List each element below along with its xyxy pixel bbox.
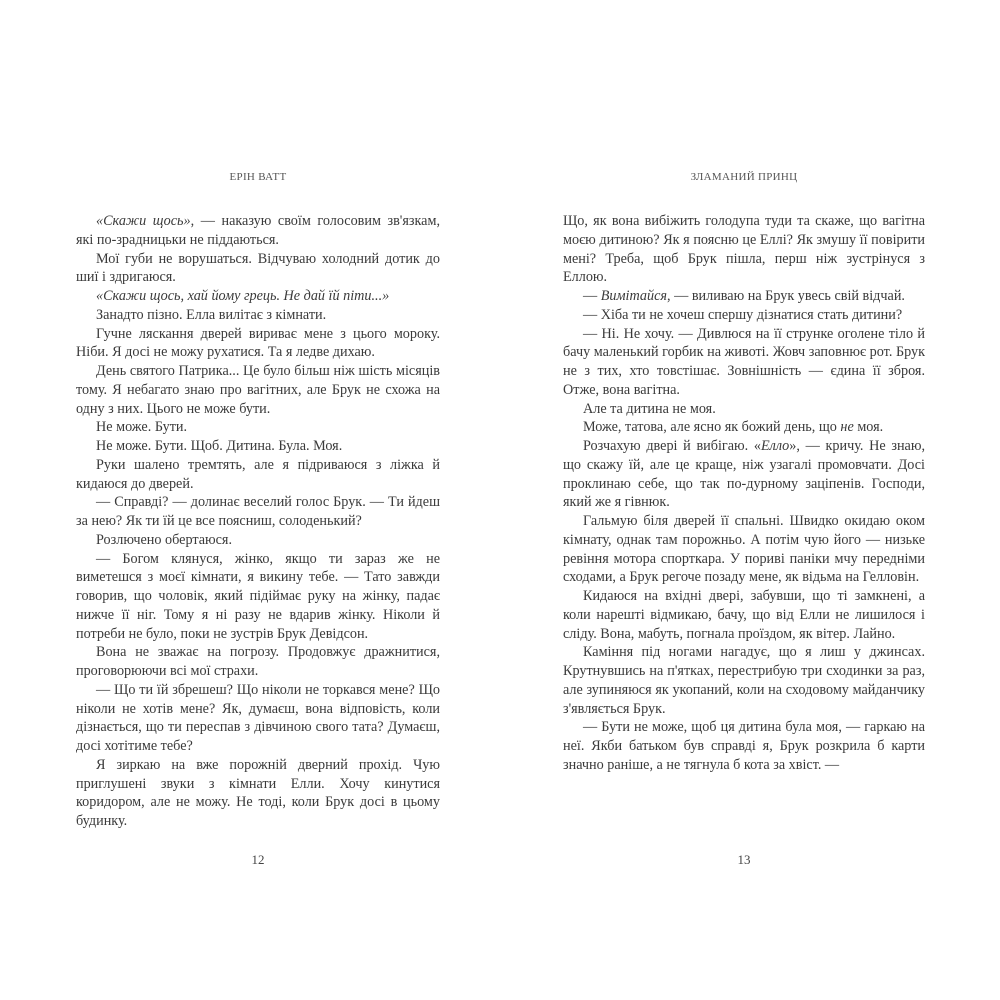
paragraph: Гальмую біля дверей її спальні. Швидко о… xyxy=(563,512,925,587)
paragraph: Розчахую двері й вибігаю. «Елло», — крич… xyxy=(563,437,925,512)
paragraph: «Скажи щось», — наказую своїм голосовим … xyxy=(76,212,440,250)
paragraph: Розлючено обертаюся. xyxy=(76,531,440,550)
paragraph: Каміння під ногами нагадує, що я лиш у д… xyxy=(563,643,925,718)
paragraph: Занадто пізно. Елла вилітає з кімнати. xyxy=(76,306,440,325)
paragraph: Не може. Бути. Щоб. Дитина. Була. Моя. xyxy=(76,437,440,456)
paragraph: — Бути не може, щоб ця дитина була моя, … xyxy=(563,718,925,774)
right-page: ЗЛАМАНИЙ ПРИНЦ Що, як вона вибіжить голо… xyxy=(500,0,1000,1000)
page-number: 12 xyxy=(76,852,440,868)
paragraph: — Богом клянуся, жінко, якщо ти зараз же… xyxy=(76,550,440,644)
paragraph: — Хіба ти не хочеш спершу дізнатися стат… xyxy=(563,306,925,325)
left-page: ЕРІН ВАТТ «Скажи щось», — наказую своїм … xyxy=(0,0,500,1000)
page-number: 13 xyxy=(563,852,925,868)
paragraph: — Вимітайся, — виливаю на Брук увесь сві… xyxy=(563,287,925,306)
body-text: «Скажи щось», — наказую своїм голосовим … xyxy=(76,212,440,831)
running-head-title: ЗЛАМАНИЙ ПРИНЦ xyxy=(563,171,925,183)
paragraph: День святого Патрика... Це було більш ні… xyxy=(76,362,440,418)
paragraph: — Що ти їй збрешеш? Що ніколи не торкавс… xyxy=(76,681,440,756)
paragraph: Вона не зважає на погрозу. Продовжує дра… xyxy=(76,643,440,681)
paragraph: — Справді? — долинає веселий голос Брук.… xyxy=(76,493,440,531)
paragraph: Але та дитина не моя. xyxy=(563,400,925,419)
body-text: Що, як вона вибіжить голодупа туди та ск… xyxy=(563,212,925,775)
paragraph: Не може. Бути. xyxy=(76,418,440,437)
paragraph: Що, як вона вибіжить голодупа туди та ск… xyxy=(563,212,925,287)
paragraph: Мої губи не ворушаться. Відчуваю холодни… xyxy=(76,250,440,288)
paragraph: Руки шалено тремтять, але я підриваюся з… xyxy=(76,456,440,494)
paragraph: «Скажи щось, хай йому грець. Не дай їй п… xyxy=(76,287,440,306)
paragraph: Може, татова, але ясно як божий день, що… xyxy=(563,418,925,437)
paragraph: — Ні. Не хочу. — Дивлюся на її струнке о… xyxy=(563,325,925,400)
running-head-author: ЕРІН ВАТТ xyxy=(76,171,440,183)
paragraph: Я зиркаю на вже порожній дверний прохід.… xyxy=(76,756,440,831)
paragraph: Кидаюся на вхідні двері, забувши, що ті … xyxy=(563,587,925,643)
paragraph: Гучне ляскання дверей вириває мене з цьо… xyxy=(76,325,440,363)
